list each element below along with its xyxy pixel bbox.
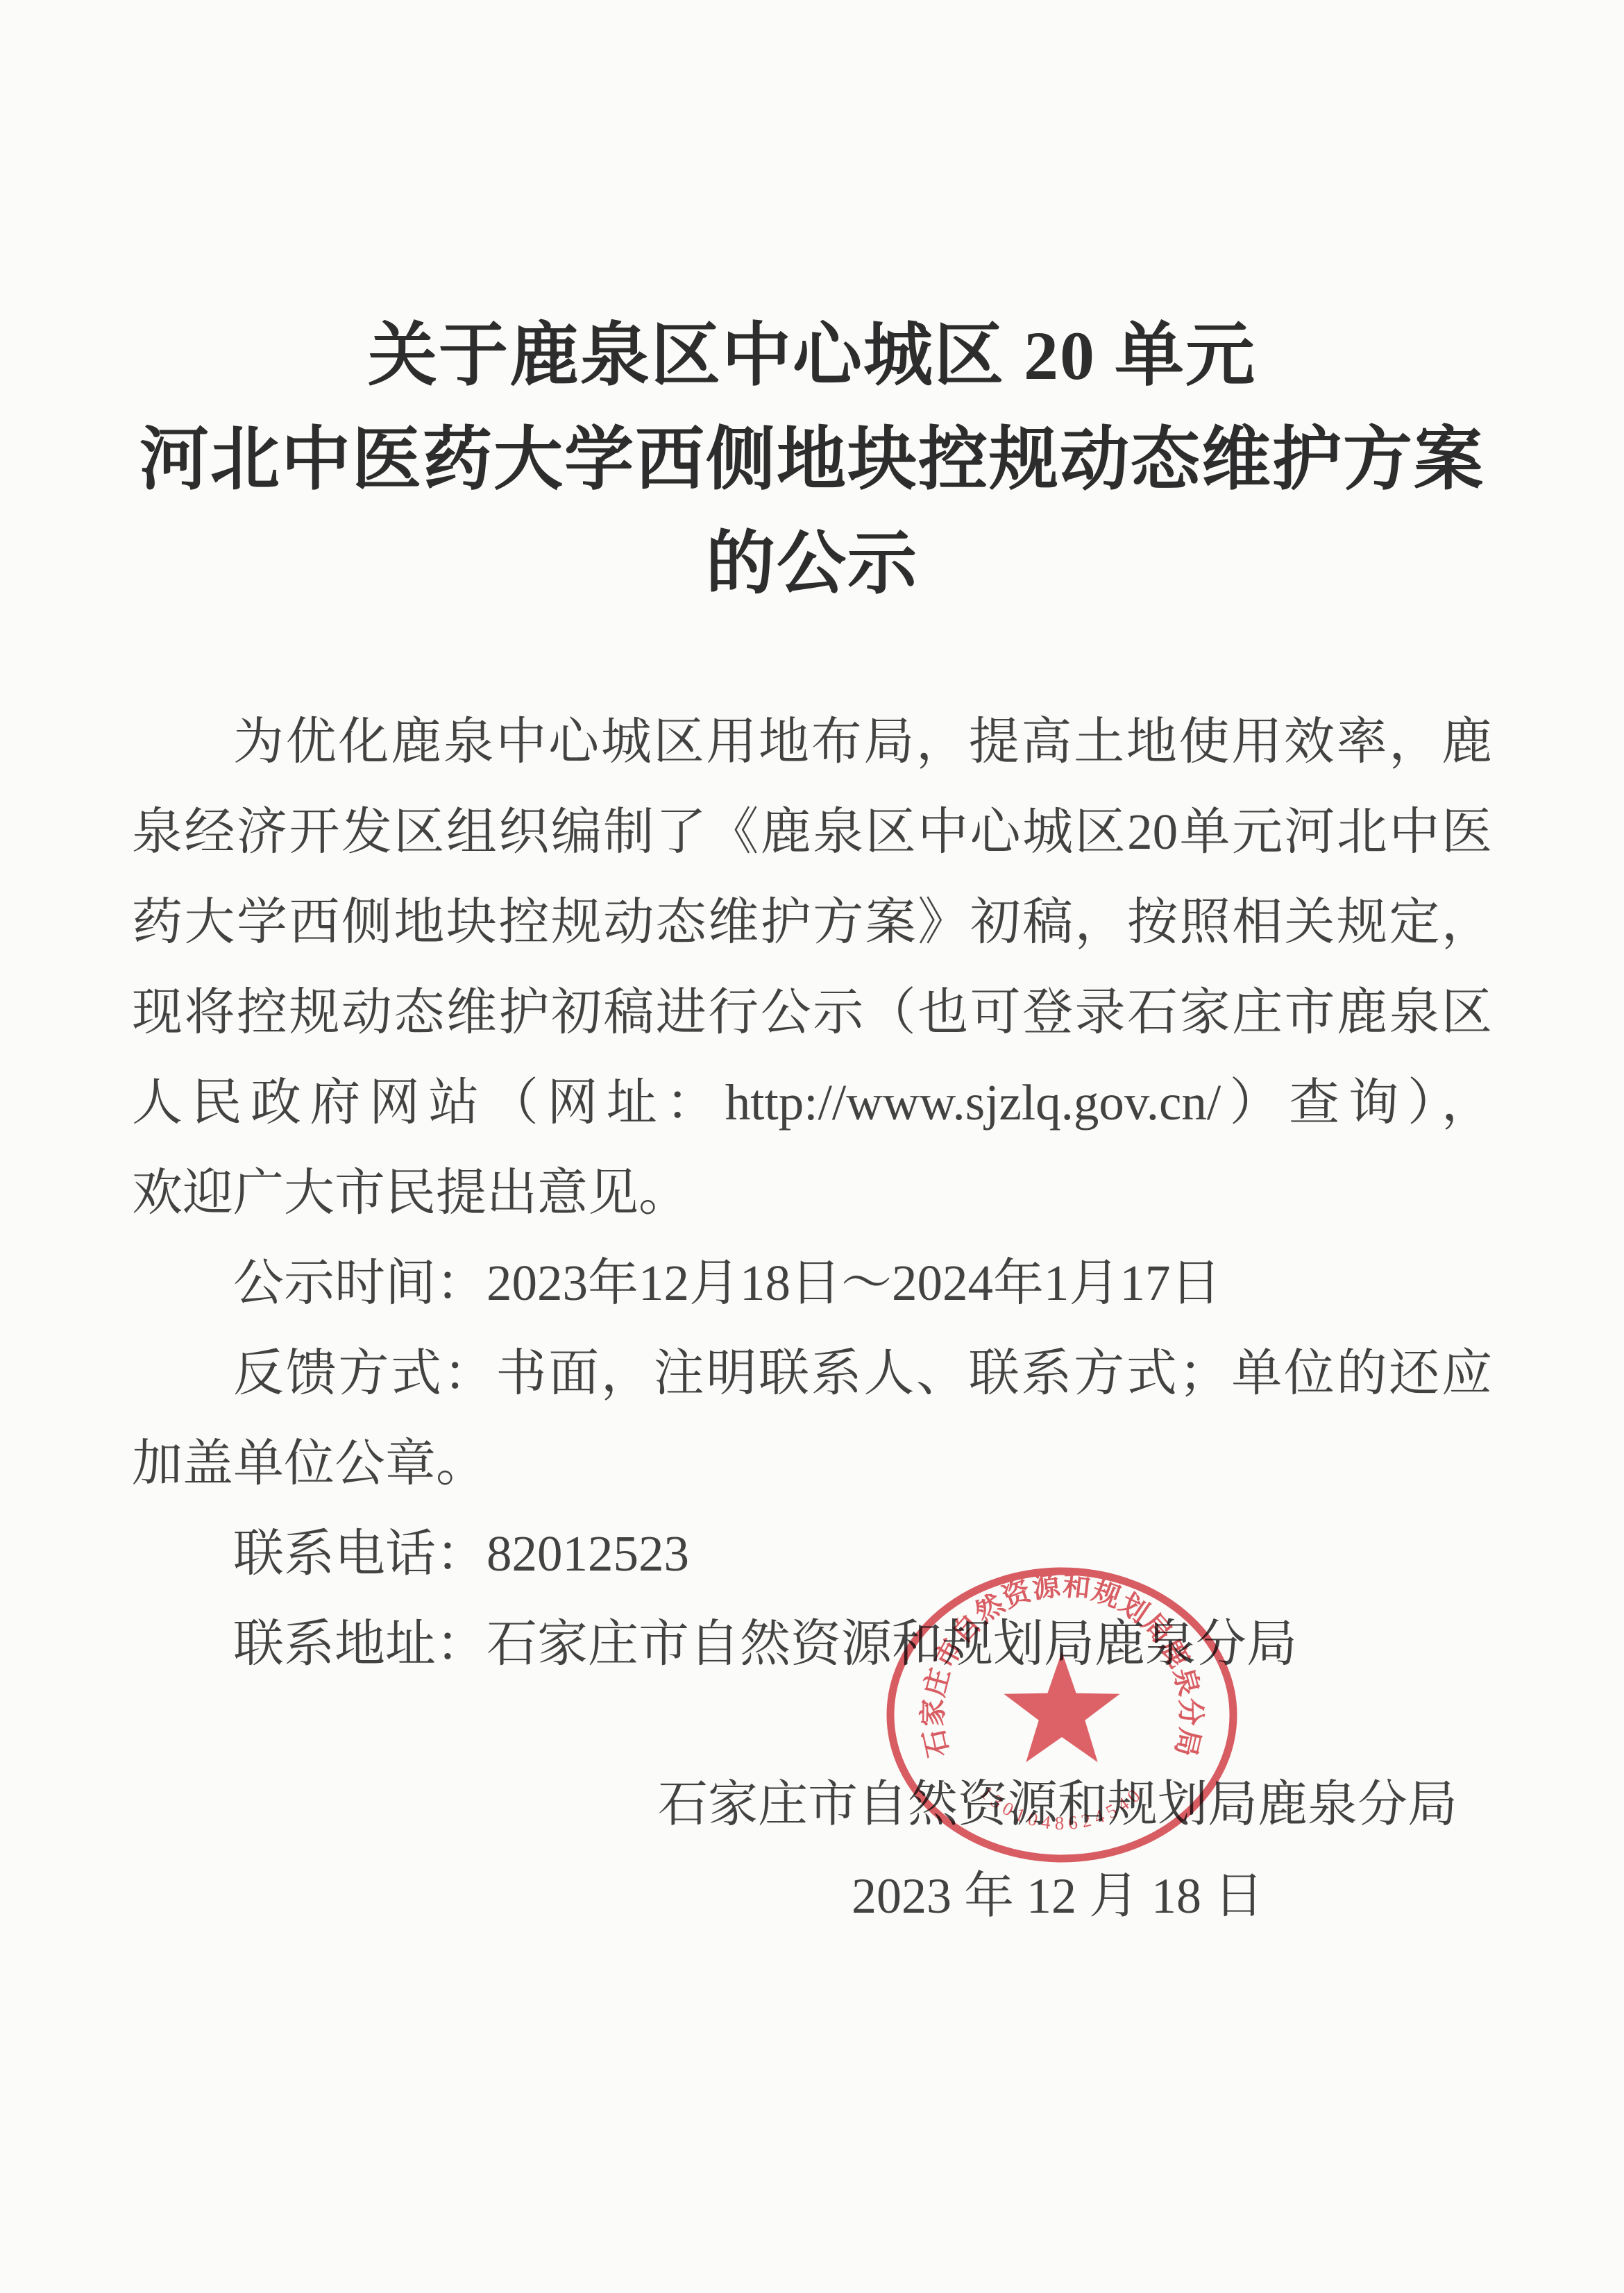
signature-block: 石家庄市自然资源和规划局鹿泉分局 2023 年 12 月 18 日 (658, 1759, 1457, 1942)
body-line: 药大学西侧地块控规动态维护方案》初稿，按照相关规定， (132, 877, 1492, 967)
signature-agency: 石家庄市自然资源和规划局鹿泉分局 (658, 1759, 1457, 1850)
body-line: 现将控规动态维护初稿进行公示（也可登录石家庄市鹿泉区 (132, 967, 1492, 1058)
body-line-publicity-period: 公示时间：2023年12月18日～2024年1月17日 (132, 1238, 1492, 1328)
title-line-1: 关于鹿泉区中心城区 20 单元 (132, 304, 1492, 408)
body-line: 欢迎广大市民提出意见。 (132, 1148, 1492, 1238)
title-line-3: 的公示 (132, 512, 1492, 616)
document-body: 为优化鹿泉中心城区用地布局，提高土地使用效率，鹿 泉经济开发区组织编制了《鹿泉区… (132, 697, 1492, 1689)
body-line-contact-phone: 联系电话：82012523 (132, 1509, 1492, 1599)
body-line: 人民政府网站（网址：http://www.sjzlq.gov.cn/）查询）， (132, 1058, 1492, 1148)
title-line-2: 河北中医药大学西侧地块控规动态维护方案 (132, 408, 1492, 512)
body-line: 为优化鹿泉中心城区用地布局，提高土地使用效率，鹿 (132, 697, 1492, 787)
page-content: 关于鹿泉区中心城区 20 单元 河北中医药大学西侧地块控规动态维护方案 的公示 … (0, 0, 1624, 1942)
body-line: 加盖单位公章。 (132, 1419, 1492, 1509)
signature-date: 2023 年 12 月 18 日 (658, 1850, 1457, 1942)
body-line-contact-address: 联系地址：石家庄市自然资源和规划局鹿泉分局 (132, 1599, 1492, 1689)
scanned-notice-page: 关于鹿泉区中心城区 20 单元 河北中医药大学西侧地块控规动态维护方案 的公示 … (0, 0, 1624, 2293)
document-title: 关于鹿泉区中心城区 20 单元 河北中医药大学西侧地块控规动态维护方案 的公示 (132, 0, 1492, 616)
body-line: 泉经济开发区组织编制了《鹿泉区中心城区20单元河北中医 (132, 787, 1492, 877)
body-line-feedback-method: 反馈方式：书面，注明联系人、联系方式；单位的还应 (132, 1328, 1492, 1419)
